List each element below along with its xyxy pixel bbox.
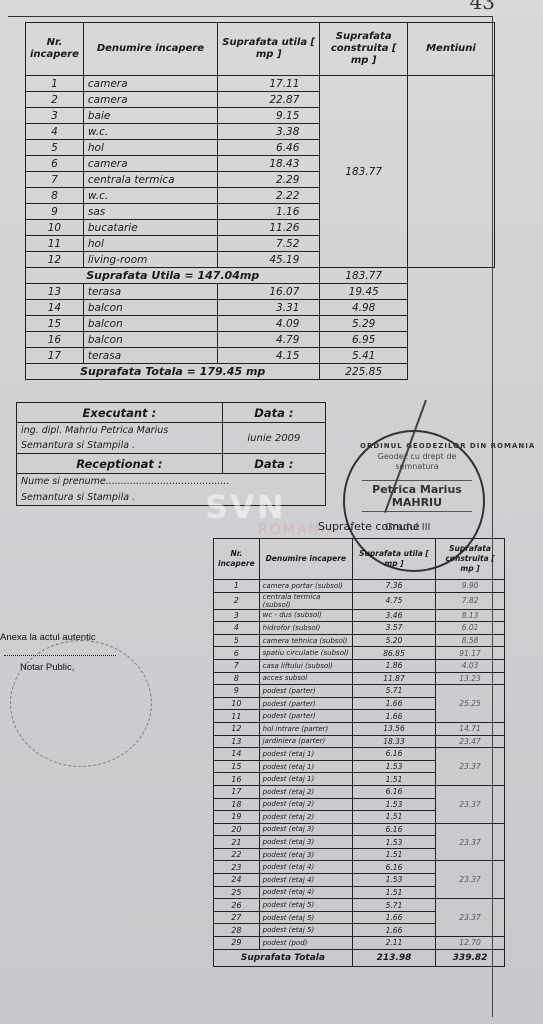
common-nr: 20	[214, 823, 260, 836]
room-name: camera	[83, 156, 217, 172]
common-nr: 29	[214, 937, 260, 950]
exterior-row: 16 balcon 4.79 6.95	[26, 332, 495, 348]
room-nr: 14	[26, 300, 84, 316]
common-nr: 22	[214, 848, 260, 861]
room-built: 6.95	[320, 332, 408, 348]
common-nr: 11	[214, 710, 260, 723]
common-useful: 4.75	[352, 592, 435, 609]
common-built: 8.13	[436, 609, 505, 622]
common-name: hol intrare (parter)	[259, 722, 352, 735]
room-useful: 6.46	[218, 140, 320, 156]
common-built: 23.37	[436, 823, 505, 861]
common-nr: 14	[214, 748, 260, 761]
room-built: 5.41	[320, 348, 408, 364]
room-nr: 6	[26, 156, 84, 172]
room-useful: 3.31	[218, 300, 320, 316]
received-label: Receptionat :	[17, 454, 223, 474]
common-name: podest (etaj 2)	[259, 798, 352, 811]
room-useful: 7.52	[218, 236, 320, 252]
common-nr: 28	[214, 924, 260, 937]
stamp-name: Petrica Marius MAHRIU	[362, 480, 472, 512]
common-built: 9.90	[436, 580, 505, 593]
common-built: 13.23	[436, 672, 505, 685]
common-name: acces subsol	[259, 672, 352, 685]
room-nr: 13	[26, 284, 84, 300]
room-nr: 5	[26, 140, 84, 156]
executant-name: ing. dipl. Mahriu Petrica Marius	[21, 423, 218, 438]
room-useful: 18.43	[218, 156, 320, 172]
notes-cell	[407, 76, 494, 268]
common-useful: 5.20	[352, 634, 435, 647]
common-name: podest (etaj 4)	[259, 886, 352, 899]
common-name: podest (etaj 2)	[259, 811, 352, 824]
common-name: jardiniera (parter)	[259, 735, 352, 748]
common-useful: 1.53	[352, 760, 435, 773]
room-name: camera	[83, 76, 217, 92]
common-header-useful: Suprafata utila [ mp ]	[352, 539, 435, 580]
common-nr: 23	[214, 861, 260, 874]
room-useful: 9.15	[218, 108, 320, 124]
room-nr: 3	[26, 108, 84, 124]
common-useful: 6.16	[352, 748, 435, 761]
header-built: Suprafata construita [ mp ]	[320, 23, 408, 76]
common-useful: 18.33	[352, 735, 435, 748]
exterior-row: 17 terasa 4.15 5.41	[26, 348, 495, 364]
common-useful: 6.16	[352, 861, 435, 874]
common-row: 8 acces subsol 11.8713.23	[214, 672, 505, 685]
common-row: 5 camera tehnica (subsol) 5.208.58	[214, 634, 505, 647]
common-useful: 1.51	[352, 773, 435, 786]
common-name: podest (etaj 3)	[259, 836, 352, 849]
common-built: 12.70	[436, 937, 505, 950]
room-nr: 11	[26, 236, 84, 252]
room-name: centrala termica	[83, 172, 217, 188]
common-name: camera tehnica (subsol)	[259, 634, 352, 647]
common-row: 2 centrala termica (subsol) 4.757.82	[214, 592, 505, 609]
common-useful: 1.66	[352, 710, 435, 723]
common-built: 25.25	[436, 685, 505, 723]
common-nr: 27	[214, 911, 260, 924]
room-useful: 17.11	[218, 76, 320, 92]
common-useful: 1.51	[352, 848, 435, 861]
room-nr: 4	[26, 124, 84, 140]
common-useful: 1.51	[352, 811, 435, 824]
common-nr: 24	[214, 874, 260, 887]
common-useful: 3.46	[352, 609, 435, 622]
common-nr: 21	[214, 836, 260, 849]
executant-signature-label: Semantura si Stampila .	[21, 438, 218, 453]
notary-dotted-line	[4, 655, 116, 656]
room-useful: 2.29	[218, 172, 320, 188]
common-nr: 6	[214, 647, 260, 660]
common-built: 8.58	[436, 634, 505, 647]
executant-date: iunie 2009	[222, 423, 325, 454]
area-table: Nr. incapere Denumire incapere Suprafata…	[25, 22, 495, 380]
common-nr: 3	[214, 609, 260, 622]
room-useful: 4.15	[218, 348, 320, 364]
common-name: wc - dus (subsol)	[259, 609, 352, 622]
common-useful: 1.53	[352, 798, 435, 811]
common-nr: 18	[214, 798, 260, 811]
room-useful: 4.09	[218, 316, 320, 332]
common-useful: 6.16	[352, 785, 435, 798]
exterior-row: 13 terasa 16.07 19.45	[26, 284, 495, 300]
room-useful: 3.38	[218, 124, 320, 140]
common-name: podest (etaj 1)	[259, 773, 352, 786]
room-useful: 16.07	[218, 284, 320, 300]
common-useful: 3.57	[352, 622, 435, 635]
common-useful: 7.36	[352, 580, 435, 593]
room-useful: 22.87	[218, 92, 320, 108]
common-name: podest (etaj 1)	[259, 760, 352, 773]
common-name: podest (etaj 3)	[259, 823, 352, 836]
common-name: podest (etaj 1)	[259, 748, 352, 761]
common-nr: 9	[214, 685, 260, 698]
room-name: sas	[83, 204, 217, 220]
executant-label: Executant :	[17, 403, 223, 423]
common-name: podest (parter)	[259, 697, 352, 710]
room-built: 4.98	[320, 300, 408, 316]
common-nr: 2	[214, 592, 260, 609]
common-row: 7 casa liftului (subsol) 1.864.03	[214, 659, 505, 672]
common-useful: 1.66	[352, 697, 435, 710]
common-useful: 2.11	[352, 937, 435, 950]
common-areas-table: Nr. incapere Denumire incapere Suprafata…	[213, 538, 505, 967]
common-nr: 1	[214, 580, 260, 593]
common-nr: 12	[214, 722, 260, 735]
room-name: w.c.	[83, 124, 217, 140]
common-useful: 1.51	[352, 886, 435, 899]
common-built: 23.37	[436, 861, 505, 899]
common-header-name: Denumire incapere	[259, 539, 352, 580]
common-total-label: Suprafata Totala	[214, 949, 353, 966]
common-row: 20 podest (etaj 3) 6.1623.37	[214, 823, 505, 836]
room-nr: 10	[26, 220, 84, 236]
common-nr: 15	[214, 760, 260, 773]
common-name: casa liftului (subsol)	[259, 659, 352, 672]
common-useful: 1.66	[352, 911, 435, 924]
received-date-label: Data :	[222, 454, 325, 474]
room-useful: 1.16	[218, 204, 320, 220]
room-nr: 7	[26, 172, 84, 188]
room-name: living-room	[83, 252, 217, 268]
common-nr: 8	[214, 672, 260, 685]
common-built: 91.17	[436, 647, 505, 660]
room-nr: 8	[26, 188, 84, 204]
notary-public-label: Notar Public,	[20, 662, 74, 673]
common-useful: 5.71	[352, 685, 435, 698]
common-name: podest (etaj 3)	[259, 848, 352, 861]
room-name: terasa	[83, 348, 217, 364]
common-row: 1 camera portar (subsol) 7.369.90	[214, 580, 505, 593]
room-useful: 2.22	[218, 188, 320, 204]
common-name: podest (parter)	[259, 710, 352, 723]
common-useful: 1.86	[352, 659, 435, 672]
page-number: 43	[470, 0, 495, 14]
notary-stamp	[10, 640, 152, 767]
exterior-row: 15 balcon 4.09 5.29	[26, 316, 495, 332]
watermark-logo: SVN	[205, 488, 286, 526]
common-name: hidrofor (subsol)	[259, 622, 352, 635]
common-built: 14.71	[436, 722, 505, 735]
useful-sum: Suprafata Utila = 147.04mp	[26, 268, 320, 284]
stamp-grade: Gradul III	[385, 522, 430, 533]
common-built: 23.37	[436, 899, 505, 937]
header-notes: Mentiuni	[407, 23, 494, 76]
rooms-built-total: 183.77	[320, 76, 408, 268]
common-nr: 7	[214, 659, 260, 672]
executant-cell: ing. dipl. Mahriu Petrica Marius Semantu…	[17, 423, 223, 454]
total-built: 225.85	[320, 364, 408, 380]
common-row: 3 wc - dus (subsol) 3.468.13	[214, 609, 505, 622]
room-built: 5.29	[320, 316, 408, 332]
room-name: balcon	[83, 332, 217, 348]
common-nr: 16	[214, 773, 260, 786]
room-name: bucatarie	[83, 220, 217, 236]
total-sum: Suprafata Totala = 179.45 mp	[26, 364, 320, 380]
room-name: hol	[83, 236, 217, 252]
common-row: 12 hol intrare (parter) 13.5614.71	[214, 722, 505, 735]
stamp-inner-text: Geodez cu drept de semnatura	[372, 452, 462, 471]
common-useful: 6.16	[352, 823, 435, 836]
common-name: podest (etaj 4)	[259, 861, 352, 874]
common-nr: 5	[214, 634, 260, 647]
common-name: podest (etaj 5)	[259, 899, 352, 912]
common-nr: 10	[214, 697, 260, 710]
notary-annex-text: Anexa la actul autentic	[0, 632, 96, 643]
common-name: spatiu circulatie (subsol)	[259, 647, 352, 660]
common-useful: 1.66	[352, 924, 435, 937]
room-name: terasa	[83, 284, 217, 300]
common-nr: 26	[214, 899, 260, 912]
room-useful: 11.26	[218, 220, 320, 236]
area-table-header: Nr. incapere Denumire incapere Suprafata…	[26, 23, 495, 76]
common-name: podest (parter)	[259, 685, 352, 698]
header-useful: Suprafata utila [ mp ]	[218, 23, 320, 76]
room-useful: 4.79	[218, 332, 320, 348]
common-nr: 25	[214, 886, 260, 899]
useful-sum-built: 183.77	[320, 268, 408, 284]
common-useful: 86.85	[352, 647, 435, 660]
common-row: 26 podest (etaj 5) 5.7123.37	[214, 899, 505, 912]
common-row: 23 podest (etaj 4) 6.1623.37	[214, 861, 505, 874]
room-nr: 12	[26, 252, 84, 268]
stamp-ring-text: ORDINUL GEODEZILOR DIN ROMANIA	[360, 440, 535, 451]
common-row: 9 podest (parter) 5.7125.25	[214, 685, 505, 698]
room-nr: 2	[26, 92, 84, 108]
executant-date-label: Data :	[222, 403, 325, 423]
room-name: balcon	[83, 300, 217, 316]
room-name: balcon	[83, 316, 217, 332]
common-useful: 1.53	[352, 836, 435, 849]
common-built: 23.47	[436, 735, 505, 748]
common-header-built: Suprafata construita [ mp ]	[436, 539, 505, 580]
common-row: 6 spatiu circulatie (subsol) 86.8591.17	[214, 647, 505, 660]
common-useful: 5.71	[352, 899, 435, 912]
common-row: 4 hidrofor (subsol) 3.576.01	[214, 622, 505, 635]
common-name: camera portar (subsol)	[259, 580, 352, 593]
common-built: 6.01	[436, 622, 505, 635]
common-name: podest (etaj 4)	[259, 874, 352, 887]
room-name: hol	[83, 140, 217, 156]
room-built: 19.45	[320, 284, 408, 300]
common-nr: 13	[214, 735, 260, 748]
common-row: 13 jardiniera (parter) 18.3323.47	[214, 735, 505, 748]
common-name: podest (etaj 5)	[259, 911, 352, 924]
common-name: podest (etaj 2)	[259, 785, 352, 798]
room-nr: 16	[26, 332, 84, 348]
common-name: centrala termica (subsol)	[259, 592, 352, 609]
common-built: 4.03	[436, 659, 505, 672]
common-nr: 4	[214, 622, 260, 635]
room-nr: 1	[26, 76, 84, 92]
header-nr: Nr. incapere	[26, 23, 84, 76]
common-row: 29 podest (pod) 2.1112.70	[214, 937, 505, 950]
common-header-nr: Nr. incapere	[214, 539, 260, 580]
common-name: podest (pod)	[259, 937, 352, 950]
room-name: w.c.	[83, 188, 217, 204]
room-nr: 9	[26, 204, 84, 220]
exterior-row: 14 balcon 3.31 4.98	[26, 300, 495, 316]
common-useful: 11.87	[352, 672, 435, 685]
common-nr: 17	[214, 785, 260, 798]
common-built: 7.82	[436, 592, 505, 609]
room-row: 1 camera 17.11183.77	[26, 76, 495, 92]
common-name: podest (etaj 5)	[259, 924, 352, 937]
common-row: 17 podest (etaj 2) 6.1623.37	[214, 785, 505, 798]
room-nr: 17	[26, 348, 84, 364]
room-name: camera	[83, 92, 217, 108]
common-total-useful: 213.98	[352, 949, 435, 966]
common-built: 23.37	[436, 785, 505, 823]
common-useful: 13.56	[352, 722, 435, 735]
header-name: Denumire incapere	[83, 23, 217, 76]
common-nr: 19	[214, 811, 260, 824]
common-built: 23.37	[436, 748, 505, 786]
room-name: baie	[83, 108, 217, 124]
common-total-built: 339.82	[436, 949, 505, 966]
room-nr: 15	[26, 316, 84, 332]
common-row: 14 podest (etaj 1) 6.1623.37	[214, 748, 505, 761]
common-useful: 1.53	[352, 874, 435, 887]
room-useful: 45.19	[218, 252, 320, 268]
